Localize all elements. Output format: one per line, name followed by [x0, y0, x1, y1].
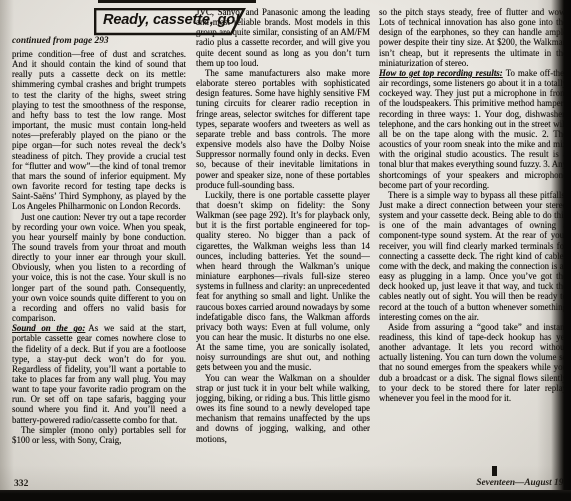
text-column-3: so the pitch stays steady, free of flutt…: [379, 7, 567, 473]
paragraph: The simpler (mono only) portables sell f…: [12, 425, 186, 445]
top-rule: [98, 0, 256, 3]
magazine-footer-credit: Seventeen—August 198: [428, 478, 568, 488]
run-in-heading-recording-results: How to get top recording results:: [379, 68, 503, 78]
paragraph: Luckily, there is one portable cassette …: [196, 190, 370, 373]
paragraph: Aside from assuring a “good take” and in…: [379, 322, 567, 403]
paragraph: You can wear the Walkman on a shoulder s…: [196, 373, 370, 444]
paragraph-text: As we said at the start, portable casset…: [12, 323, 186, 424]
paragraph: prime condition—free of dust and scratch…: [12, 49, 186, 212]
continued-from-note: continued from page 293: [12, 36, 109, 46]
paragraph-text: To make off-the-air recordings, some lis…: [379, 68, 567, 190]
paragraph: How to get top recording results:To make…: [379, 68, 567, 190]
paragraph: There is a simple way to bypass all thes…: [379, 190, 567, 322]
paragraph: Sound on the go:As we said at the start,…: [12, 323, 186, 425]
paragraph: The same manufacturers also make more el…: [196, 68, 370, 190]
article-title: Ready, cassette, go!: [103, 12, 243, 28]
text-column-2: JVC, Sanyo, and Panasonic among the lead…: [196, 7, 370, 485]
scan-right-edge-shadow: [551, 0, 571, 501]
run-in-heading-sound-on-the-go: Sound on the go:: [12, 323, 85, 333]
text-column-1: prime condition—free of dust and scratch…: [12, 49, 186, 473]
paragraph: Just one caution: Never try out a tape r…: [12, 212, 186, 324]
page-number: 332: [14, 478, 28, 489]
magazine-page-scan: Ready, cassette, go! continued from page…: [0, 0, 571, 501]
scan-bottom-black-bar: [0, 490, 571, 501]
end-of-article-marker: [492, 466, 497, 476]
paragraph: so the pitch stays steady, free of flutt…: [379, 7, 567, 68]
